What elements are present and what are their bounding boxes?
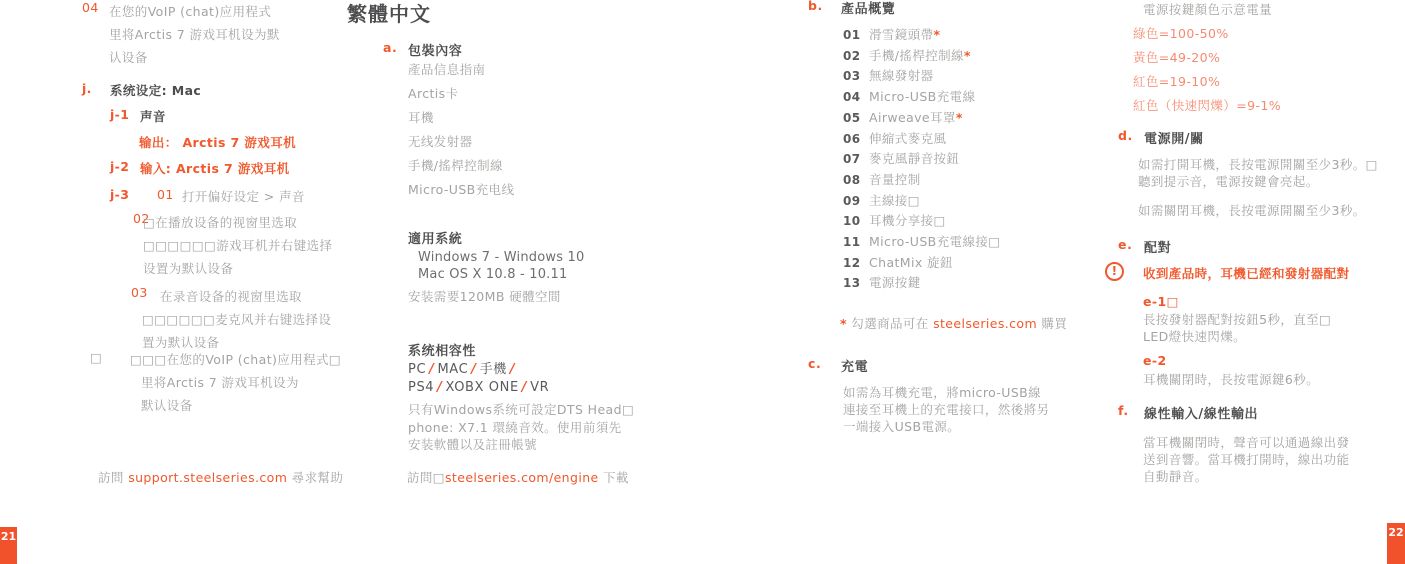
engine-suffix: 下載 <box>599 470 629 485</box>
slash-separator: / <box>468 362 479 377</box>
package-item: 手機/搖桿控制線 <box>408 154 514 178</box>
product-number: 04 <box>843 87 869 108</box>
charging-line: 如需為耳機充電，將micro-USB線 <box>843 384 1049 401</box>
package-item: 產品信息指南 <box>408 58 514 82</box>
product-number: 10 <box>843 211 869 232</box>
battery-level: 紅色=19-10% <box>1133 70 1281 94</box>
dts-paragraph: 只有Windows系统可設定DTS Head□ phone: X7.1 環繞音效… <box>408 401 634 454</box>
compat-line: PC/MAC/手機/ <box>408 361 549 379</box>
step-item-03: 03 在录音设备的视窗里选取 □□□□□□麦克风并右键选择设 置为默认设备 <box>131 285 331 354</box>
step-number: 04 <box>82 0 109 15</box>
package-item: 耳機 <box>408 106 514 130</box>
step-item-04-bottom: □ □□□在您的VoIP (chat)应用程式□ 里将Arctis 7 游戏耳机… <box>82 350 352 422</box>
section-e-heading: e. 配對 <box>1118 237 1171 256</box>
section-title: 電源開/關 <box>1144 128 1204 147</box>
pairing-alert-text: 收到產品時，耳機已經和發射器配對 <box>1143 264 1349 282</box>
line-io-line: 自動靜音。 <box>1143 468 1349 485</box>
section-letter: j. <box>82 81 110 96</box>
dts-line: phone: X7.1 環繞音效。使用前須先 <box>408 419 634 437</box>
product-item: 09主線接□ <box>843 191 1000 212</box>
product-number: 07 <box>843 149 869 170</box>
product-item: 07麥克風靜音按鈕 <box>843 149 1000 170</box>
product-item: 06伸縮式麥克風 <box>843 129 1000 150</box>
install-note: 安装需要120MB 硬體空間 <box>408 287 561 305</box>
support-suffix: 尋求幫助 <box>287 470 343 485</box>
pairing-line: 長按發射器配對按鈕5秒，直至□ <box>1143 311 1331 328</box>
line-in-out-paragraph: 當耳機關閉時，聲音可以通過線出發 送到音響。當耳機打開時，線出功能 自動靜音。 <box>1143 434 1349 485</box>
product-label: Micro-USB充電線 <box>869 87 975 108</box>
battery-level: 黃色=49-20% <box>1133 46 1281 70</box>
step-number: 03 <box>131 285 160 300</box>
platform: PS4 <box>408 380 434 395</box>
engine-prefix: 訪問□ <box>407 470 445 485</box>
package-item: 无线发射器 <box>408 130 514 154</box>
engine-link[interactable]: steelseries.com/engine <box>445 470 599 485</box>
support-note: 訪問 support.steelseries.com 尋求幫助 <box>98 468 343 486</box>
step-e2-line: 耳機關閉時，長按電源鍵6秒。 <box>1143 370 1319 388</box>
section-letter: b. <box>808 0 841 13</box>
product-label: 音量控制 <box>869 170 921 191</box>
footnote-text: 勾選商品可在 <box>847 316 933 331</box>
system-line: Windows 7 - Windows 10 <box>418 250 585 267</box>
product-number: 01 <box>843 25 869 46</box>
slash-separator: / <box>507 362 518 377</box>
store-link[interactable]: steelseries.com <box>933 316 1037 331</box>
system-line: Mac OS X 10.8 - 10.11 <box>418 267 585 284</box>
product-item: 10耳機分享接□ <box>843 211 1000 232</box>
product-item: 12ChatMix 旋鈕 <box>843 253 1000 274</box>
output-setting: 输出： Arctis 7 游戏耳机 <box>139 133 296 151</box>
product-label: Micro-USB充電線接□ <box>869 232 1000 253</box>
star-mark: * <box>840 316 847 331</box>
support-prefix: 訪問 <box>98 470 128 485</box>
product-label: 伸縮式麥克風 <box>869 129 946 150</box>
step-text: 在录音设备的视窗里选取 □□□□□□麦克风并右键选择设 置为默认设备 <box>160 285 331 354</box>
section-j-heading: j. 系统设定: Mac <box>82 81 201 99</box>
dts-line: 安装軟體以及註冊帳號 <box>408 436 634 454</box>
platform: MAC <box>437 362 468 377</box>
step-line: □□□□□□游戏耳机并右键选择 <box>143 234 332 257</box>
platform: 手機 <box>480 362 507 377</box>
column-product-overview: b. 產品概覽 01滑雪鏡頭帶* 02手機/搖桿控制線* 03無線發射器 04M… <box>808 0 1108 564</box>
section-letter: c. <box>808 356 841 371</box>
input-setting: 输入: Arctis 7 游戏耳机 <box>140 159 290 177</box>
subsection-title: 声音 <box>140 107 166 125</box>
step-e2-label: e-2 <box>1143 353 1167 368</box>
line-io-line: 當耳機關閉時，聲音可以通過線出發 <box>1143 434 1349 451</box>
product-label: 電源按鍵 <box>869 273 921 294</box>
step-text: □在播放设备的视窗里选取 □□□□□□游戏耳机并右键选择 设置为默认设备 <box>143 211 332 280</box>
page-number-right: 22 <box>1387 523 1405 564</box>
product-label: Airweave耳罩 <box>869 108 956 129</box>
product-label: 手機/搖桿控制線 <box>869 46 964 67</box>
platform: VR <box>530 380 549 395</box>
systems-list: Windows 7 - Windows 10 Mac OS X 10.8 - 1… <box>418 250 585 283</box>
product-item: 04Micro-USB充電線 <box>843 87 1000 108</box>
step-line: 在您的VoIP (chat)应用程式 <box>109 0 280 23</box>
section-a-heading: a. 包裝內容 <box>383 40 462 59</box>
subsection-label: j-1 <box>110 107 140 122</box>
section-title: 包裝內容 <box>408 40 462 59</box>
charging-line: 連接至耳機上的充電接口，然後將另 <box>843 401 1049 418</box>
product-number: 09 <box>843 191 869 212</box>
step-line: 里将Arctis 7 游戏耳机设为默 <box>109 23 280 46</box>
product-item: 08音量控制 <box>843 170 1000 191</box>
product-item: 01滑雪鏡頭帶* <box>843 25 1000 46</box>
product-number: 03 <box>843 66 869 87</box>
step-number: 02 <box>133 211 143 226</box>
product-number: 05 <box>843 108 869 129</box>
product-label: 耳機分享接□ <box>869 211 946 232</box>
step-line: 默认设备 <box>141 396 193 414</box>
product-label: 麥克風靜音按鈕 <box>869 149 959 170</box>
platform: XOBX ONE <box>446 380 519 395</box>
battery-level: 紅色（快速閃爍）=9-1% <box>1133 94 1281 118</box>
star-mark: * <box>934 25 941 46</box>
support-link[interactable]: support.steelseries.com <box>128 470 287 485</box>
step-item-02: 02 □在播放设备的视窗里选取 □□□□□□游戏耳机并右键选择 设置为默认设备 <box>133 211 332 280</box>
product-label: 滑雪鏡頭帶 <box>869 25 934 46</box>
product-item: 13電源按鍵 <box>843 273 1000 294</box>
package-list: 產品信息指南 Arctis卡 耳機 无线发射器 手機/搖桿控制線 Micro-U… <box>408 58 514 202</box>
battery-level-list: 綠色=100-50% 黃色=49-20% 紅色=19-10% 紅色（快速閃爍）=… <box>1133 22 1281 118</box>
power-line: 如需打開耳機，長按電源開關至少3秒。□ <box>1138 156 1378 173</box>
product-item: 03無線發射器 <box>843 66 1000 87</box>
section-b-heading: b. 產品概覽 <box>808 0 895 17</box>
section-letter: e. <box>1118 237 1144 252</box>
platform: PC <box>408 362 426 377</box>
section-letter: f. <box>1118 403 1144 418</box>
step-e1-paragraph: 長按發射器配對按鈕5秒，直至□ LED燈快速閃爍。 <box>1143 311 1331 345</box>
star-mark: * <box>964 46 971 67</box>
missing-glyph-marker: □ <box>90 350 102 365</box>
star-mark: * <box>956 108 963 129</box>
compat-title: 系统相容性 <box>408 340 476 359</box>
column-left: 04 在您的VoIP (chat)应用程式 里将Arctis 7 游戏耳机设为默… <box>82 0 352 564</box>
language-header: 繁體中文 <box>347 0 431 27</box>
step-line: 里将Arctis 7 游戏耳机设为 <box>141 373 299 391</box>
dts-line: 只有Windows系统可設定DTS Head□ <box>408 401 634 419</box>
step-item-04-top: 04 在您的VoIP (chat)应用程式 里将Arctis 7 游戏耳机设为默… <box>82 0 280 69</box>
product-item: 02手機/搖桿控制線* <box>843 46 1000 67</box>
systems-title: 適用系統 <box>408 228 462 247</box>
pairing-line: LED燈快速閃爍。 <box>1143 328 1331 345</box>
power-on-paragraph: 如需打開耳機，長按電源開關至少3秒。□ 聽到提示音，電源按鍵會亮起。 <box>1138 156 1378 190</box>
power-off-line: 如需關閉耳機，長按電源開關至少3秒。 <box>1138 201 1366 219</box>
section-title: 系统设定: Mac <box>110 81 201 99</box>
compat-line: PS4/XOBX ONE/VR <box>408 379 549 397</box>
page-number-left: 21 <box>0 527 17 564</box>
footnote-text: 購買 <box>1037 316 1067 331</box>
product-number: 06 <box>843 129 869 150</box>
line-io-line: 送到音響。當耳機打開時，線出功能 <box>1143 451 1349 468</box>
step-text: 在您的VoIP (chat)应用程式 里将Arctis 7 游戏耳机设为默 认设… <box>109 0 280 69</box>
product-item: 11Micro-USB充電線接□ <box>843 232 1000 253</box>
product-label: ChatMix 旋鈕 <box>869 253 953 274</box>
subsection-j2: j-2 输入: Arctis 7 游戏耳机 <box>110 159 290 177</box>
section-letter: a. <box>383 40 408 55</box>
section-title: 產品概覽 <box>841 0 895 17</box>
package-item: Micro-USB充电线 <box>408 178 514 202</box>
step-text: 打开偏好设定 > 声音 <box>182 187 305 205</box>
step-line: □□□在您的VoIP (chat)应用程式□ <box>130 350 341 368</box>
step-e1-label: e-1□ <box>1143 294 1179 309</box>
manual-spread: 04 在您的VoIP (chat)应用程式 里将Arctis 7 游戏耳机设为默… <box>0 0 1405 564</box>
product-number: 13 <box>843 273 869 294</box>
section-letter: d. <box>1118 128 1144 143</box>
alert-icon: ! <box>1105 262 1124 281</box>
power-line: 聽到提示音，電源按鍵會亮起。 <box>1138 173 1378 190</box>
section-title: 配對 <box>1144 237 1171 256</box>
step-number: 01 <box>157 187 182 202</box>
section-d-heading: d. 電源開/關 <box>1118 128 1204 147</box>
step-line: 认设备 <box>109 46 280 69</box>
step-line: □□□□□□麦克风并右键选择设 <box>142 308 331 331</box>
column-power-pairing: 電源按鍵顏色示意電量 綠色=100-50% 黃色=49-20% 紅色=19-10… <box>1105 0 1405 564</box>
subsection-label: j-3 <box>110 187 157 202</box>
battery-intro: 電源按鍵顏色示意電量 <box>1143 0 1272 18</box>
subsection-label: j-2 <box>110 159 140 174</box>
battery-level: 綠色=100-50% <box>1133 22 1281 46</box>
product-label: 無線發射器 <box>869 66 934 87</box>
slash-separator: / <box>426 362 437 377</box>
section-title: 充電 <box>841 356 868 375</box>
star-footnote: * 勾選商品可在 steelseries.com 購買 <box>840 314 1067 332</box>
section-title: 線性輸入/線性輸出 <box>1144 403 1258 422</box>
subsection-j3: j-3 01 打开偏好设定 > 声音 <box>110 187 305 205</box>
product-list: 01滑雪鏡頭帶* 02手機/搖桿控制線* 03無線發射器 04Micro-USB… <box>843 25 1000 294</box>
slash-separator: / <box>434 380 445 395</box>
step-line: 设置为默认设备 <box>143 257 332 280</box>
product-number: 12 <box>843 253 869 274</box>
product-label: 主線接□ <box>869 191 920 212</box>
compat-list: PC/MAC/手機/ PS4/XOBX ONE/VR <box>408 361 549 396</box>
section-f-heading: f. 線性輸入/線性輸出 <box>1118 403 1258 422</box>
subsection-j1: j-1 声音 <box>110 107 166 125</box>
product-item: 05Airweave耳罩* <box>843 108 1000 129</box>
step-line: □在播放设备的视窗里选取 <box>143 211 332 234</box>
package-item: Arctis卡 <box>408 82 514 106</box>
product-number: 02 <box>843 46 869 67</box>
charging-line: 一端接入USB電源。 <box>843 418 1049 435</box>
column-traditional-chinese: 繁體中文 a. 包裝內容 產品信息指南 Arctis卡 耳機 无线发射器 手機/… <box>347 0 657 564</box>
section-c-heading: c. 充電 <box>808 356 868 375</box>
engine-note: 訪問□steelseries.com/engine 下載 <box>407 468 629 486</box>
slash-separator: / <box>519 380 530 395</box>
product-number: 08 <box>843 170 869 191</box>
step-line: 在录音设备的视窗里选取 <box>160 285 331 308</box>
product-number: 11 <box>843 232 869 253</box>
charging-paragraph: 如需為耳機充電，將micro-USB線 連接至耳機上的充電接口，然後將另 一端接… <box>843 384 1049 435</box>
